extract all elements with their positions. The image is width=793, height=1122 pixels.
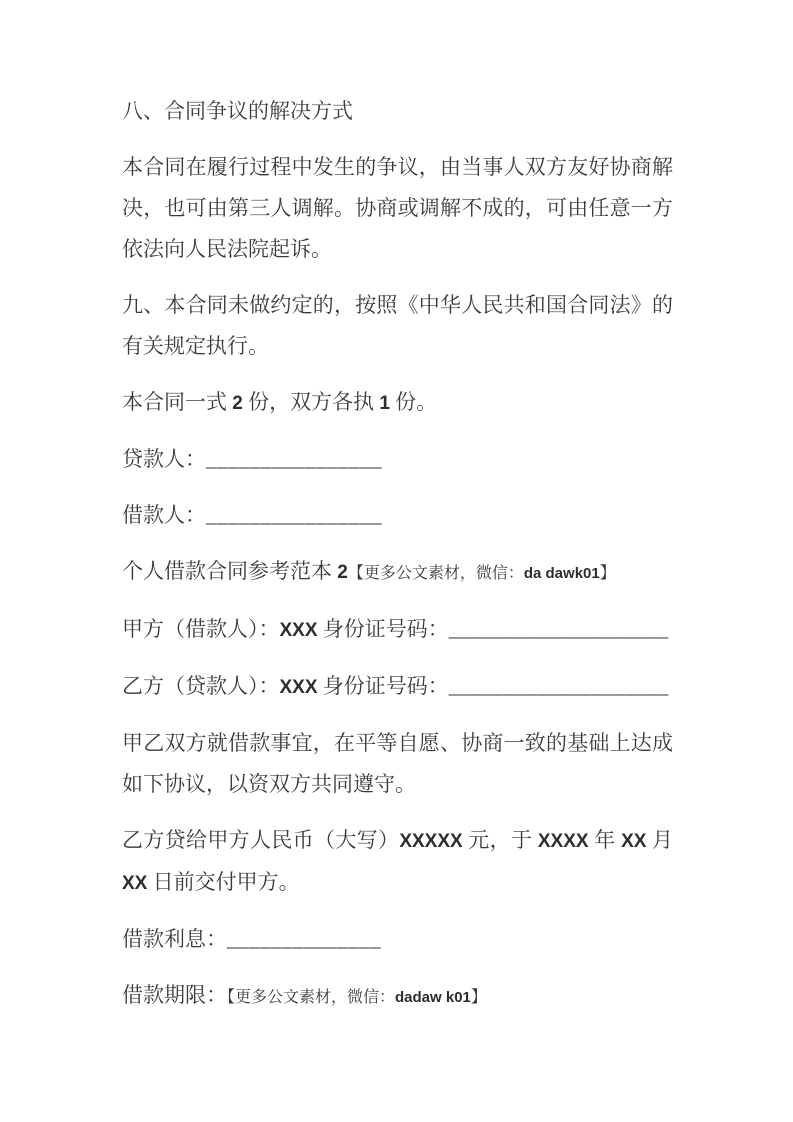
party-a-label: 甲方（借款人）： [122,617,280,641]
copies-paragraph: 本合同一式 2 份，双方各执 1 份。 [122,382,673,424]
reference-title-line: 个人借款合同参考范本 2【更多公文素材，微信：da dawk01】 [122,551,673,594]
section-eight-heading-text: 八、合同争议的解决方式 [122,99,353,123]
loan-month-placeholder: XX [621,831,646,852]
borrower-signature-line: 借款人：________________ [122,495,673,536]
reference-title-number: 2 [337,562,348,583]
section-nine-paragraph: 九、本合同未做约定的，按照《中华人民共和国合同法》的有关规定执行。 [122,285,673,367]
copies-text-post: 份。 [390,390,437,414]
loan-interest-label: 借款利息： [122,927,227,951]
lender-label: 贷款人： [122,447,206,471]
party-a-id-blank-line: ____________________ [449,617,669,641]
party-b-label: 乙方（贷款人）： [122,674,280,698]
reference-title-text: 个人借款合同参考范本 [122,559,337,583]
loan-term-line: 借款期限：【更多公文素材，微信：dadaw k01】 [122,975,673,1018]
watermark-wechat-id2: dadaw k01 [395,989,471,1006]
watermark-note2-close: 】 [471,989,487,1006]
agreement-basis-paragraph: 甲乙双方就借款事宜，在平等自愿、协商一致的基础上达成如下协议，以资双方共同遵守。 [122,723,673,805]
party-a-name-placeholder: XXX [280,620,318,641]
watermark-note-open: 【更多公文素材，微信： [348,565,524,582]
agreement-basis-text: 甲乙双方就借款事宜，在平等自愿、协商一致的基础上达成如下协议，以资双方共同遵守。 [122,731,673,796]
party-b-name-placeholder: XXX [280,677,318,698]
dispute-resolution-paragraph: 本合同在履行过程中发生的争议，由当事人双方友好协商解决，也可由第三人调解。协商或… [122,147,673,270]
loan-interest-blank-line: ______________ [227,927,381,951]
party-a-id-label: 身份证号码： [318,617,449,641]
loan-text-yuan: 元，于 [463,828,538,852]
section-nine-text: 九、本合同未做约定的，按照《中华人民共和国合同法》的有关规定执行。 [122,293,673,358]
loan-text-post: 日前交付甲方。 [147,870,299,894]
loan-text-month: 月 [646,828,673,852]
watermark-note2-open: 【更多公文素材，微信： [227,989,395,1006]
copies-text-mid: 份，双方各执 [243,390,380,414]
borrower-label: 借款人： [122,503,206,527]
party-b-id-label: 身份证号码： [318,674,449,698]
loan-text-pre: 乙方贷给甲方人民币（大写） [122,828,399,852]
loan-text-year: 年 [589,828,622,852]
loan-interest-line: 借款利息：______________ [122,919,673,960]
watermark-note-close: 】 [600,565,616,582]
dispute-resolution-text: 本合同在履行过程中发生的争议，由当事人双方友好协商解决，也可由第三人调解。协商或… [122,155,673,261]
copies-text-pre: 本合同一式 [122,390,232,414]
party-b-id-blank-line: ____________________ [449,674,669,698]
watermark-wechat-id: da dawk01 [524,565,600,582]
loan-year-placeholder: XXXX [538,831,589,852]
copies-each-number: 1 [379,393,390,414]
lender-blank-line: ________________ [206,447,382,471]
lender-signature-line: 贷款人：________________ [122,439,673,480]
party-b-line: 乙方（贷款人）：XXX 身份证号码：____________________ [122,666,673,708]
loan-amount-paragraph: 乙方贷给甲方人民币（大写）XXXXX 元，于 XXXX 年 XX 月 XX 日前… [122,820,673,904]
document-page: 八、合同争议的解决方式 本合同在履行过程中发生的争议，由当事人双方友好协商解决，… [0,0,793,1122]
loan-term-label: 借款期限： [122,983,227,1007]
loan-day-placeholder: XX [122,873,147,894]
copies-total-number: 2 [232,393,243,414]
loan-amount-placeholder: XXXXX [399,831,462,852]
borrower-blank-line: ________________ [206,503,382,527]
section-eight-heading: 八、合同争议的解决方式 [122,91,673,132]
party-a-line: 甲方（借款人）：XXX 身份证号码：____________________ [122,609,673,651]
